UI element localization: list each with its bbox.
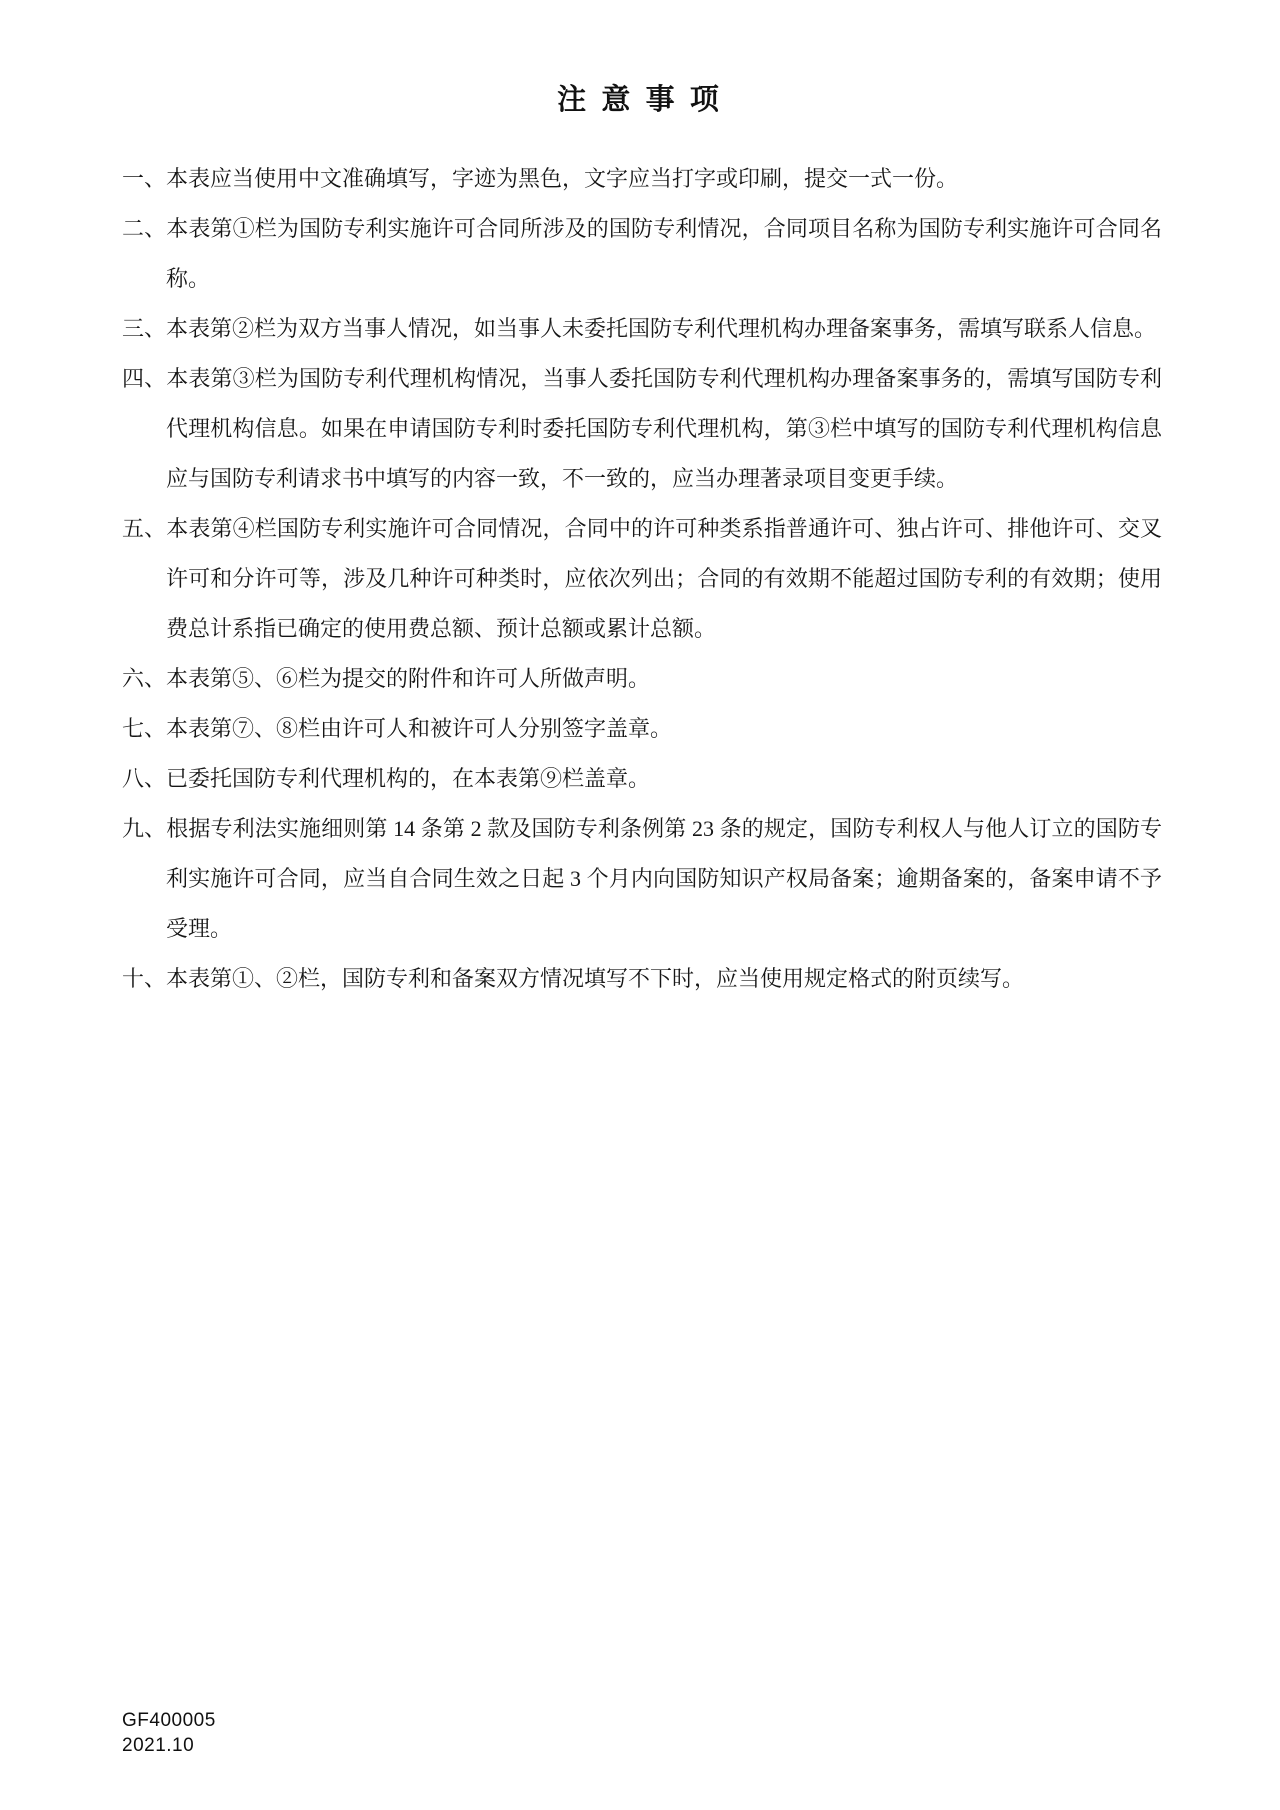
note-item-text: 根据专利法实施细则第 14 条第 2 款及国防专利条例第 23 条的规定，国防专… [166,816,1162,941]
note-item-2: 二、本表第①栏为国防专利实施许可合同所涉及的国防专利情况，合同项目名称为国防专利… [122,204,1162,304]
note-item-7: 七、本表第⑦、⑧栏由许可人和被许可人分别签字盖章。 [122,704,1162,754]
note-item-text: 本表应当使用中文准确填写，字迹为黑色，文字应当打字或印刷，提交一式一份。 [166,166,958,191]
note-item-1: 一、本表应当使用中文准确填写，字迹为黑色，文字应当打字或印刷，提交一式一份。 [122,154,1162,204]
notes-list: 一、本表应当使用中文准确填写，字迹为黑色，文字应当打字或印刷，提交一式一份。 二… [122,154,1162,1004]
note-item-number: 四、 [122,366,166,391]
note-item-number: 三、 [122,316,166,341]
note-item-number: 八、 [122,766,166,791]
note-item-number: 七、 [122,716,166,741]
note-item-text: 本表第①栏为国防专利实施许可合同所涉及的国防专利情况，合同项目名称为国防专利实施… [166,216,1162,291]
note-item-text: 本表第③栏为国防专利代理机构情况，当事人委托国防专利代理机构办理备案事务的，需填… [166,366,1162,491]
note-item-text: 本表第⑤、⑥栏为提交的附件和许可人所做声明。 [166,666,650,691]
form-footer: GF400005 2021.10 [122,1708,216,1758]
page-title: 注 意 事 项 [0,80,1280,120]
note-item-6: 六、本表第⑤、⑥栏为提交的附件和许可人所做声明。 [122,654,1162,704]
note-item-text: 本表第⑦、⑧栏由许可人和被许可人分别签字盖章。 [166,716,672,741]
note-item-10: 十、本表第①、②栏，国防专利和备案双方情况填写不下时，应当使用规定格式的附页续写… [122,954,1162,1004]
note-item-text: 已委托国防专利代理机构的，在本表第⑨栏盖章。 [166,766,650,791]
note-item-number: 九、 [122,816,166,841]
note-item-number: 一、 [122,166,166,191]
note-item-text: 本表第①、②栏，国防专利和备案双方情况填写不下时，应当使用规定格式的附页续写。 [166,966,1024,991]
note-item-text: 本表第②栏为双方当事人情况，如当事人未委托国防专利代理机构办理备案事务，需填写联… [166,316,1156,341]
note-item-9: 九、根据专利法实施细则第 14 条第 2 款及国防专利条例第 23 条的规定，国… [122,804,1162,954]
form-code: GF400005 [122,1708,216,1733]
note-item-text: 本表第④栏国防专利实施许可合同情况，合同中的许可种类系指普通许可、独占许可、排他… [166,516,1162,641]
note-item-8: 八、已委托国防专利代理机构的，在本表第⑨栏盖章。 [122,754,1162,804]
form-version-date: 2021.10 [122,1733,216,1758]
note-item-number: 六、 [122,666,166,691]
note-item-5: 五、本表第④栏国防专利实施许可合同情况，合同中的许可种类系指普通许可、独占许可、… [122,504,1162,654]
note-item-number: 十、 [122,966,166,991]
document-page: 注 意 事 项 一、本表应当使用中文准确填写，字迹为黑色，文字应当打字或印刷，提… [0,0,1280,1810]
note-item-4: 四、本表第③栏为国防专利代理机构情况，当事人委托国防专利代理机构办理备案事务的，… [122,354,1162,504]
note-item-number: 二、 [122,216,166,241]
note-item-3: 三、本表第②栏为双方当事人情况，如当事人未委托国防专利代理机构办理备案事务，需填… [122,304,1162,354]
note-item-number: 五、 [122,516,166,541]
